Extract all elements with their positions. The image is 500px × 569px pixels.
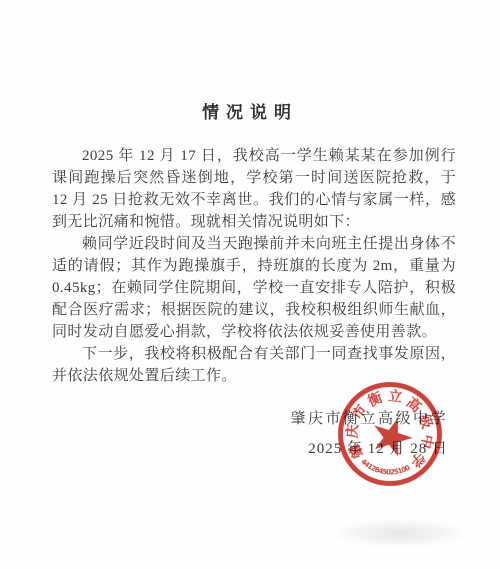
seal-ring-char: 立 bbox=[387, 390, 403, 406]
document-title: 情况说明 bbox=[0, 0, 500, 123]
document-page: 情况说明 2025 年 12 月 17 日，我校高一学生赖某某在参加例行课间跑操… bbox=[0, 0, 500, 569]
paragraph-intro: 2025 年 12 月 17 日，我校高一学生赖某某在参加例行课间跑操后突然昏迷… bbox=[52, 145, 456, 233]
seal-ring-char: 庆 bbox=[347, 424, 362, 439]
paragraph-details: 赖同学近段时间及当天跑操前并未向班主任提出身体不适的请假；其作为跑操旗手，持班旗… bbox=[52, 233, 456, 343]
document-body: 2025 年 12 月 17 日，我校高一学生赖某某在参加例行课间跑操后突然昏迷… bbox=[0, 145, 500, 387]
paper-smudge bbox=[335, 520, 465, 546]
official-seal-stamp: 肇庆市衡立高级中学 4412845025100 bbox=[331, 375, 448, 492]
seal-ring-char: 中 bbox=[417, 433, 434, 450]
paragraph-next-steps: 下一步，我校将积极配合有关部门一同查找事发原因，并依法依规处置后续工作。 bbox=[52, 343, 456, 387]
